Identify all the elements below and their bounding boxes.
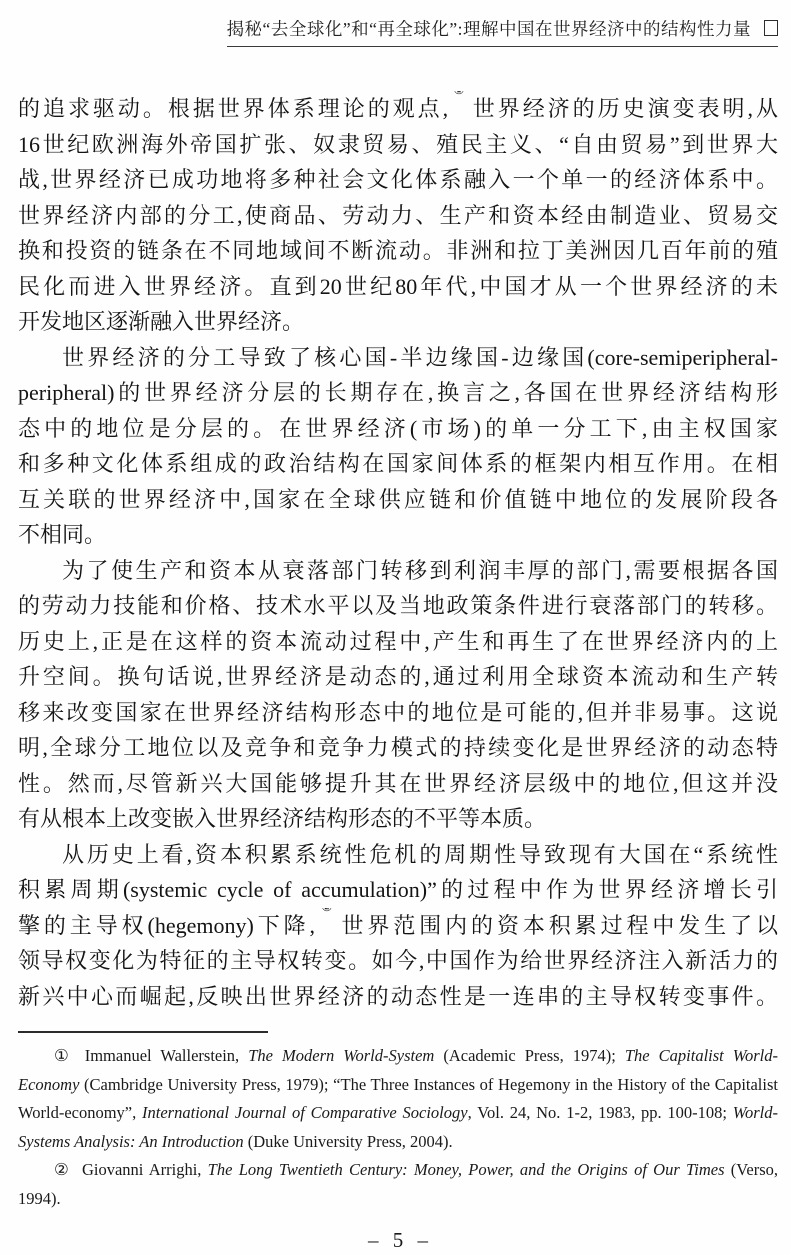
body-line: 为了使生产和资本从衰落部门转移到利润丰厚的部门,需要根据各国 [18, 553, 778, 589]
footnote-marker: ① [54, 1046, 74, 1065]
body-line: 互关联的世界经济中,国家在全球供应链和价值链中地位的发展阶段各 [18, 482, 778, 518]
body-line: 性。然而,尽管新兴大国能够提升其在世界经济层级中的地位,但这并没 [18, 766, 778, 802]
body-line: 和多种文化体系组成的政治结构在国家间体系的框架内相互作用。在相 [18, 446, 778, 482]
body-line: 换和投资的链条在不同地域间不断流动。非洲和拉丁美洲因几百年前的殖 [18, 233, 778, 269]
body-line: peripheral)的世界经济分层的长期存在,换言之,各国在世界经济结构形 [18, 375, 778, 411]
body-line: 民化而进入世界经济。直到20世纪80年代,中国才从一个世界经济的未 [18, 269, 778, 305]
footnote-text: Giovanni Arrighi, [82, 1160, 208, 1179]
footnote-text: (Duke University Press, 2004). [244, 1132, 453, 1151]
footnote-text: (Academic Press, 1974); [434, 1046, 625, 1065]
body-line: 态中的地位是分层的。在世界经济(市场)的单一分工下,由主权国家 [18, 411, 778, 447]
page: 揭秘“去全球化”和“再全球化”:理解中国在世界经济中的结构性力量 的追求驱动。根… [0, 0, 791, 1255]
body-line: 世界经济的分工导致了核心国-半边缘国-边缘国(core-semiperipher… [18, 340, 778, 376]
footnote-marker: ② [54, 1160, 71, 1179]
footnote-title-italic: International Journal of Comparative Soc… [142, 1103, 468, 1122]
body-line: 世界经济内部的分工,使商品、劳动力、生产和资本经由制造业、贸易交 [18, 198, 778, 234]
body-line: 新兴中心而崛起,反映出世界经济的动态性是一连串的主导权转变事件。 [18, 979, 778, 1015]
body-line: 不相同。 [18, 517, 778, 553]
footnote-ref: ② [317, 908, 336, 914]
page-header: 揭秘“去全球化”和“再全球化”:理解中国在世界经济中的结构性力量 [18, 16, 778, 47]
body-text: 的追求驱动。根据世界体系理论的观点,①世界经济的历史演变表明,从16世纪欧洲海外… [18, 91, 778, 1014]
body-line: 明,全球分工地位以及竞争和竞争力模式的持续变化是世界经济的动态特 [18, 730, 778, 766]
hollow-square-icon [764, 20, 778, 36]
body-line: 16世纪欧洲海外帝国扩张、奴隶贸易、殖民主义、“自由贸易”到世界大 [18, 127, 778, 163]
body-line: 领导权变化为特征的主导权转变。如今,中国作为给世界经济注入新活力的 [18, 943, 778, 979]
footnote-title-italic: The Modern World-System [248, 1046, 434, 1065]
body-line: 的劳动力技能和价格、技术水平以及当地政策条件进行衰落部门的转移。 [18, 588, 778, 624]
body-line: 升空间。换句话说,世界经济是动态的,通过利用全球资本流动和生产转 [18, 659, 778, 695]
body-line: 擎的主导权(hegemony)下降,②世界范围内的资本积累过程中发生了以 [18, 908, 778, 944]
footnote-ref: ① [450, 91, 468, 97]
body-line: 积累周期(systemic cycle of accumulation)”的过程… [18, 872, 778, 908]
footnote-separator [18, 1031, 268, 1033]
footnote: ②Giovanni Arrighi, The Long Twentieth Ce… [18, 1156, 778, 1213]
body-line: 移来改变国家在世界经济结构形态中的地位是可能的,但并非易事。这说 [18, 695, 778, 731]
body-line: 历史上,正是在这样的资本流动过程中,产生和再生了在世界经济内的上 [18, 624, 778, 660]
body-line: 从历史上看,资本积累系统性危机的周期性导致现有大国在“系统性 [18, 837, 778, 873]
body-line: 战,世界经济已成功地将多种社会文化体系融入一个单一的经济体系中。 [18, 162, 778, 198]
body-line: 开发地区逐渐融入世界经济。 [18, 304, 778, 340]
footnote: ①Immanuel Wallerstein, The Modern World-… [18, 1042, 778, 1156]
body-line: 有从根本上改变嵌入世界经济结构形态的不平等本质。 [18, 801, 778, 837]
running-head-rule: 揭秘“去全球化”和“再全球化”:理解中国在世界经济中的结构性力量 [227, 16, 778, 47]
footnote-text: Immanuel Wallerstein, [85, 1046, 249, 1065]
page-number: – 5 – [18, 1228, 778, 1253]
footnote-title-italic: The Long Twentieth Century: Money, Power… [208, 1160, 725, 1179]
footnote-text: , Vol. 24, No. 1-2, 1983, pp. 100-108; [468, 1103, 733, 1122]
running-head-title: 揭秘“去全球化”和“再全球化”:理解中国在世界经济中的结构性力量 [227, 19, 751, 39]
footnotes: ①Immanuel Wallerstein, The Modern World-… [18, 1042, 778, 1213]
body-line: 的追求驱动。根据世界体系理论的观点,①世界经济的历史演变表明,从 [18, 91, 778, 127]
